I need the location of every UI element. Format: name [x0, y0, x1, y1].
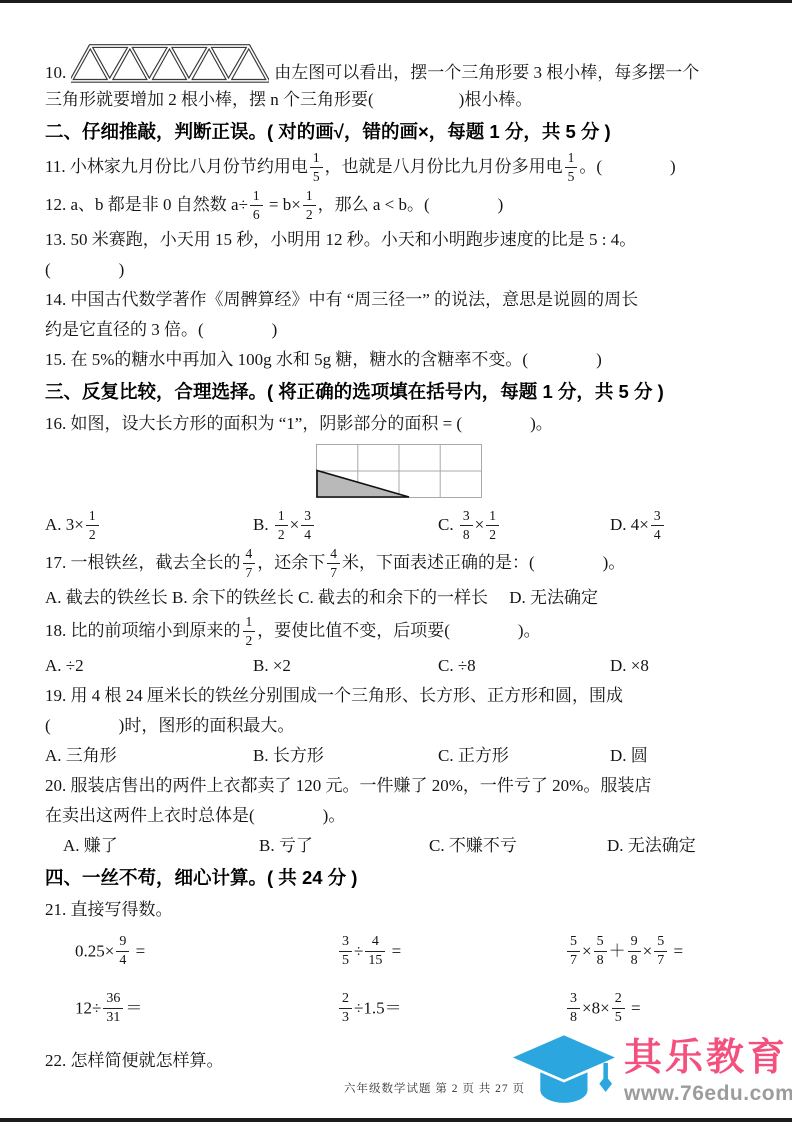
question-14-line2: 约是它直径的 3 倍。( ) — [45, 315, 752, 345]
question-13-answer-blank: ( ) — [45, 255, 752, 285]
page-footer: 六年级数学试题 第 2 页 共 27 页 — [344, 1080, 525, 1096]
option-c: C. 不赚不亏 — [429, 831, 607, 861]
question-14-line1: 14. 中国古代数学著作《周髀算经》中有 “周三径一” 的说法，意思是说圆的周长 — [45, 285, 752, 315]
exam-page: 10. 由左图可以看出，摆一个三角形要 3 根小棒，每多摆一个 三角形就要增加 … — [0, 0, 792, 1122]
section-2-header: 二、仔细推敲，判断正误。( 对的画√，错的画×，每题 1 分，共 5 分 ) — [45, 115, 752, 149]
question-15-text: 15. 在 5%的糖水中再加入 100g 水和 5g 糖，糖水的含糖率不变。( … — [45, 345, 752, 375]
option-d: D. ×8 — [610, 651, 752, 681]
brand-logo: 其乐教育 www.76edu.com — [504, 1030, 792, 1114]
question-20-options: A. 赚了 B. 亏了 C. 不赚不亏 D. 无法确定 — [45, 831, 752, 861]
question-12-text: 12. a、b 都是非 0 自然数 a÷16 = b×12，那么 a < b。(… — [45, 187, 752, 225]
question-16-figure — [316, 483, 482, 502]
fraction: 3631 — [103, 991, 123, 1026]
calc-expression: 12÷3631＝ — [75, 990, 337, 1029]
question-20-line2: 在卖出这两件上衣时总体是( )。 — [45, 801, 752, 831]
question-10-line1: 10. 由左图可以看出，摆一个三角形要 3 根小棒，每多摆一个 — [45, 34, 752, 85]
option-c: C. ÷8 — [438, 651, 610, 681]
option-d: D. 无法确定 — [607, 831, 752, 861]
fraction: 35 — [339, 934, 352, 969]
option-b: B. 亏了 — [259, 831, 429, 861]
fraction: 94 — [116, 934, 129, 969]
brand-text-column: 其乐教育 www.76edu.com — [624, 1038, 792, 1106]
fraction: 38 — [567, 991, 580, 1026]
fraction: 12 — [303, 188, 316, 222]
matchstick-triangle-strip-figure — [71, 40, 269, 85]
fraction: 34 — [651, 508, 664, 542]
question-17-text: 17. 一根铁丝，截去全长的47，还余下47米，下面表述正确的是：( )。 — [45, 545, 752, 583]
fraction: 23 — [339, 991, 352, 1026]
scan-edge-top — [0, 0, 792, 3]
fraction: 38 — [460, 508, 473, 542]
rectangle-grid-shaded-triangle-figure — [316, 444, 482, 498]
option-b: B. 12×34 — [253, 507, 438, 545]
option-a: A. 三角形 — [45, 741, 253, 771]
fraction: 12 — [86, 508, 99, 542]
calc-expression: 38×8×25 = — [565, 990, 752, 1029]
fraction: 25 — [612, 991, 625, 1026]
question-20-line1: 20. 服装店售出的两件上衣都卖了 120 元。一件赚了 20%，一件亏了 20… — [45, 771, 752, 801]
calc-expression: 0.25×94 = — [75, 933, 337, 972]
option-a: A. 赚了 — [63, 831, 259, 861]
option-b: B. ×2 — [253, 651, 438, 681]
fraction: 57 — [567, 934, 580, 969]
question-16-options: A. 3×12 B. 12×34 C. 38×12 D. 4×34 — [45, 507, 752, 545]
fraction: 98 — [628, 934, 641, 969]
question-16-text: 16. 如图，设大长方形的面积为 “1”，阴影部分的面积 = ( )。 — [45, 409, 752, 439]
graduation-cap-icon — [504, 1030, 622, 1114]
option-c: C. 正方形 — [438, 741, 610, 771]
fraction: 58 — [594, 934, 607, 969]
question-19-options: A. 三角形 B. 长方形 C. 正方形 D. 圆 — [45, 741, 752, 771]
option-c: C. 38×12 — [438, 507, 610, 545]
fraction: 16 — [250, 188, 263, 222]
question-19-line1: 19. 用 4 根 24 厘米长的铁丝分别围成一个三角形、长方形、正方形和圆，围… — [45, 681, 752, 711]
exam-content: 10. 由左图可以看出，摆一个三角形要 3 根小棒，每多摆一个 三角形就要增加 … — [0, 0, 792, 1076]
fraction: 15 — [310, 150, 323, 184]
fraction: 12 — [243, 614, 256, 648]
brand-url: www.76edu.com — [624, 1082, 792, 1106]
calc-expression: 23÷1.5＝ — [337, 990, 565, 1029]
fraction: 12 — [275, 508, 288, 542]
option-d: D. 圆 — [610, 741, 752, 771]
option-a: A. ÷2 — [45, 651, 253, 681]
question-21-label: 21. 直接写得数。 — [45, 895, 752, 925]
scan-edge-bottom — [0, 1118, 792, 1122]
question-18-text: 18. 比的前项缩小到原来的12，要使比值不变，后项要( )。 — [45, 613, 752, 651]
question-13-line1: 13. 50 米赛跑，小天用 15 秒，小明用 12 秒。小天和小明跑步速度的比… — [45, 225, 752, 255]
fraction: 57 — [654, 934, 667, 969]
option-d: D. 4×34 — [610, 507, 752, 545]
fraction: 47 — [243, 546, 256, 580]
fraction: 12 — [486, 508, 499, 542]
fraction: 415 — [365, 934, 385, 969]
option-b: B. 长方形 — [253, 741, 438, 771]
question-10-line2: 三角形就要增加 2 根小棒，摆 n 个三角形要( )根小棒。 — [45, 85, 752, 115]
calc-expression: 35÷415 = — [337, 933, 565, 972]
question-21-calculations: 0.25×94 = 35÷415 = 57×58＋98×57 = 12÷3631… — [45, 933, 752, 1029]
brand-name: 其乐教育 — [624, 1038, 792, 1080]
question-18-options: A. ÷2 B. ×2 C. ÷8 D. ×8 — [45, 651, 752, 681]
question-17-options: A. 截去的铁丝长 B. 余下的铁丝长 C. 截去的和余下的一样长 D. 无法确… — [45, 583, 752, 613]
calc-expression: 57×58＋98×57 = — [565, 933, 752, 972]
question-19-line2: ( )时，图形的面积最大。 — [45, 711, 752, 741]
question-11-text: 11. 小林家九月份比八月份节约用电15，也就是八月份比九月份多用电15。( ) — [45, 149, 752, 187]
fraction: 47 — [327, 546, 340, 580]
fraction: 15 — [565, 150, 578, 184]
question-16-figure-wrap — [45, 444, 752, 503]
option-a: A. 3×12 — [45, 507, 253, 545]
fraction: 34 — [301, 508, 314, 542]
section-3-header: 三、反复比较，合理选择。( 将正确的选项填在括号内，每题 1 分，共 5 分 ) — [45, 375, 752, 409]
section-4-header: 四、一丝不苟，细心计算。( 共 24 分 ) — [45, 861, 752, 895]
